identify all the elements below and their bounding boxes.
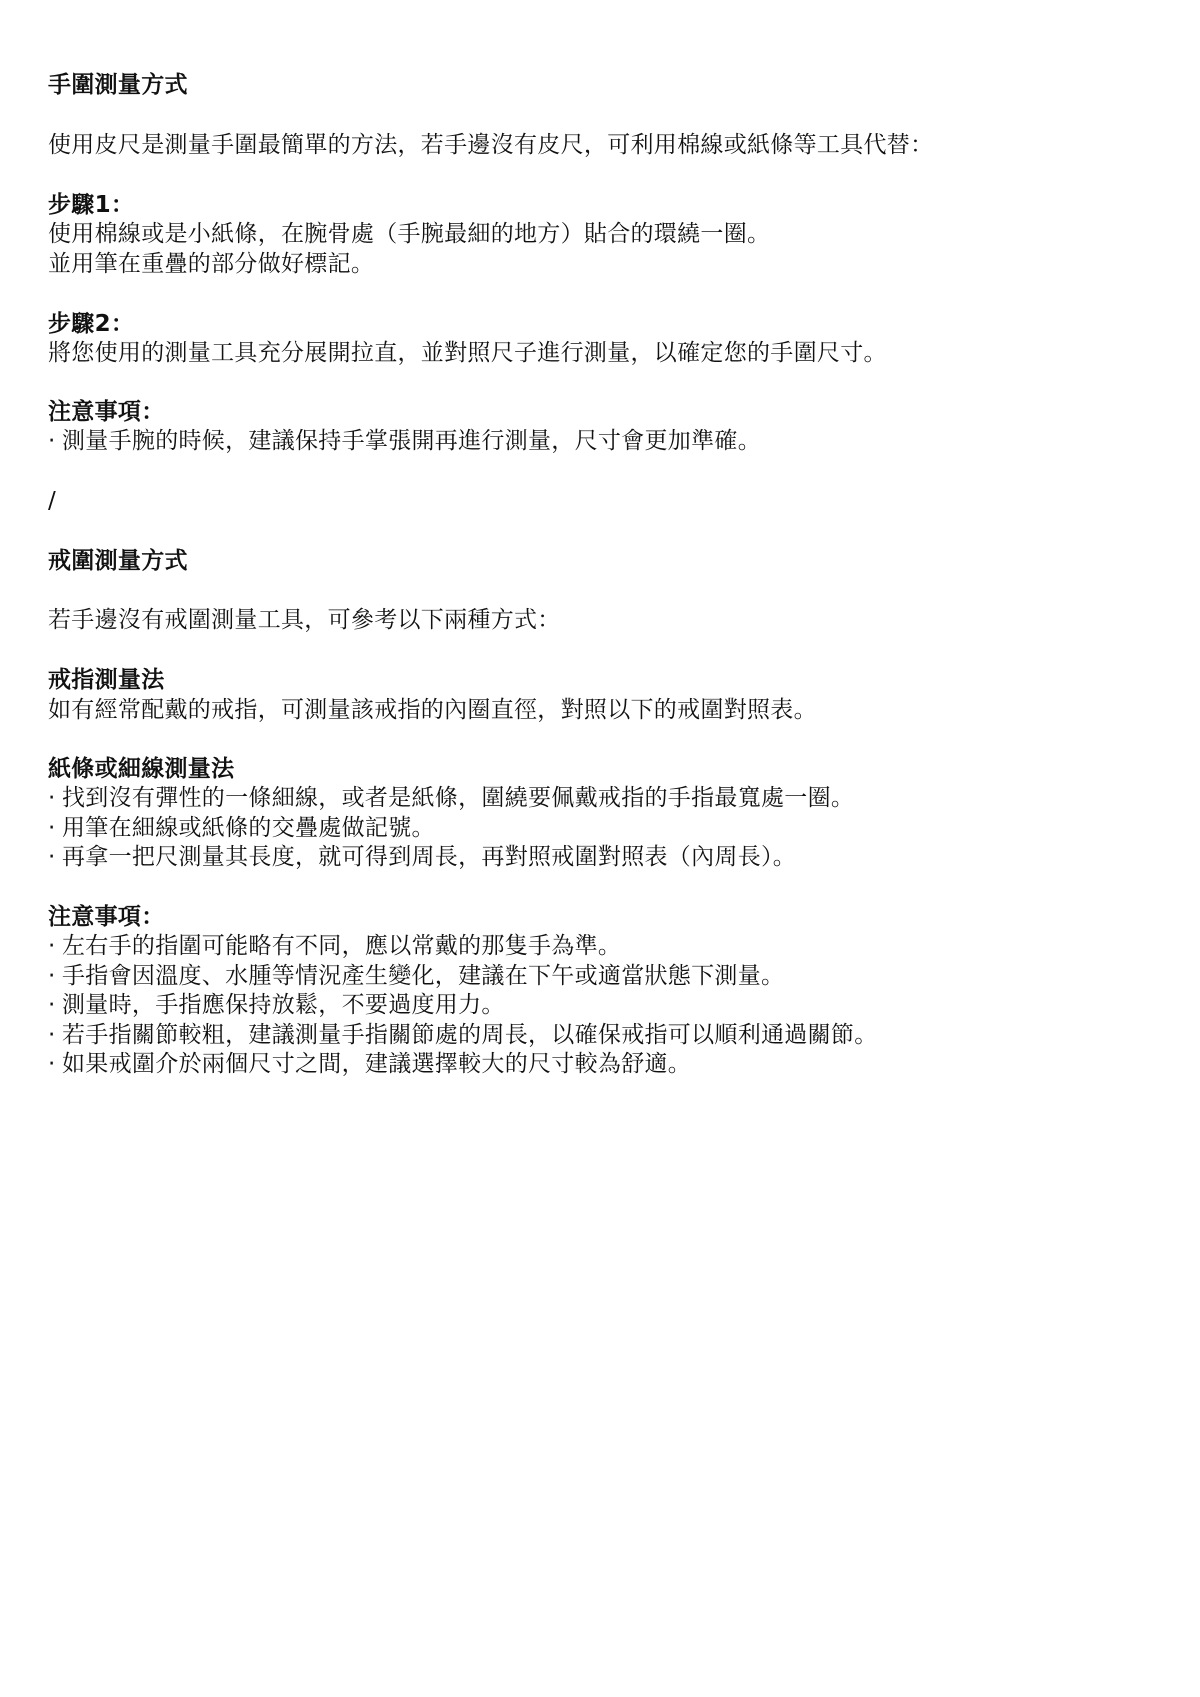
bullet-dot: · <box>48 783 62 813</box>
ring-note-item: ·如果戒圍介於兩個尺寸之間，建議選擇較大的尺寸較為舒適。 <box>48 1049 691 1079</box>
wrist-step1-line: 並用筆在重疊的部分做好標記。 <box>48 249 374 279</box>
ring-method1-line: 如有經常配戴的戒指，可測量該戒指的內圈直徑，對照以下的戒圍對照表。 <box>48 695 817 725</box>
wrist-intro: 使用皮尺是測量手圍最簡單的方法，若手邊沒有皮尺，可利用棉線或紙條等工具代替： <box>48 130 933 160</box>
ring-method2-text: 找到沒有彈性的一條細線，或者是紙條，圍繞要佩戴戒指的手指最寬處一圈。 <box>62 785 854 811</box>
ring-note-item: ·若手指關節較粗，建議測量手指關節處的周長，以確保戒指可以順利通過關節。 <box>48 1020 878 1050</box>
ring-note-text: 如果戒圍介於兩個尺寸之間，建議選擇較大的尺寸較為舒適。 <box>62 1051 691 1077</box>
ring-section-title: 戒圍測量方式 <box>48 546 188 576</box>
wrist-note-text: 測量手腕的時候，建議保持手掌張開再進行測量，尺寸會更加準確。 <box>62 428 761 454</box>
ring-method2-item: ·再拿一把尺測量其長度，就可得到周長，再對照戒圍對照表（內周長）。 <box>48 842 796 872</box>
ring-note-text: 測量時，手指應保持放鬆，不要過度用力。 <box>62 992 505 1018</box>
bullet-dot: · <box>48 426 62 456</box>
ring-note-item: ·手指會因溫度、水腫等情況產生變化，建議在下午或適當狀態下測量。 <box>48 961 784 991</box>
wrist-step2-line: 將您使用的測量工具充分展開拉直，並對照尺子進行測量，以確定您的手圍尺寸。 <box>48 338 887 368</box>
section-divider: / <box>48 486 56 516</box>
wrist-notes-heading: 注意事項： <box>48 397 165 427</box>
ring-note-text: 手指會因溫度、水腫等情況產生變化，建議在下午或適當狀態下測量。 <box>62 963 784 989</box>
ring-intro: 若手邊沒有戒圍測量工具，可參考以下兩種方式： <box>48 605 561 635</box>
ring-method2-heading: 紙條或細線測量法 <box>48 754 234 784</box>
ring-method2-item: ·找到沒有彈性的一條細線，或者是紙條，圍繞要佩戴戒指的手指最寬處一圈。 <box>48 783 854 813</box>
ring-note-text: 若手指關節較粗，建議測量手指關節處的周長，以確保戒指可以順利通過關節。 <box>62 1022 878 1048</box>
wrist-step1-line: 使用棉線或是小紙條，在腕骨處（手腕最細的地方）貼合的環繞一圈。 <box>48 219 770 249</box>
bullet-dot: · <box>48 813 62 843</box>
bullet-dot: · <box>48 1020 62 1050</box>
ring-note-item: ·測量時，手指應保持放鬆，不要過度用力。 <box>48 990 505 1020</box>
ring-method2-text: 用筆在細線或紙條的交疊處做記號。 <box>62 815 435 841</box>
bullet-dot: · <box>48 1049 62 1079</box>
ring-method2-text: 再拿一把尺測量其長度，就可得到周長，再對照戒圍對照表（內周長）。 <box>62 844 796 870</box>
ring-notes-heading: 注意事項： <box>48 902 165 932</box>
ring-note-text: 左右手的指圍可能略有不同，應以常戴的那隻手為準。 <box>62 933 621 959</box>
bullet-dot: · <box>48 931 62 961</box>
document-page: 手圍測量方式 使用皮尺是測量手圍最簡單的方法，若手邊沒有皮尺，可利用棉線或紙條等… <box>0 0 1200 1697</box>
bullet-dot: · <box>48 842 62 872</box>
wrist-step1-heading: 步驟1： <box>48 190 134 220</box>
bullet-dot: · <box>48 961 62 991</box>
ring-method2-item: ·用筆在細線或紙條的交疊處做記號。 <box>48 813 435 843</box>
bullet-dot: · <box>48 990 62 1020</box>
wrist-note-item: ·測量手腕的時候，建議保持手掌張開再進行測量，尺寸會更加準確。 <box>48 426 761 456</box>
ring-method1-heading: 戒指測量法 <box>48 665 165 695</box>
wrist-step2-heading: 步驟2： <box>48 309 134 339</box>
wrist-section-title: 手圍測量方式 <box>48 70 188 100</box>
ring-note-item: ·左右手的指圍可能略有不同，應以常戴的那隻手為準。 <box>48 931 621 961</box>
